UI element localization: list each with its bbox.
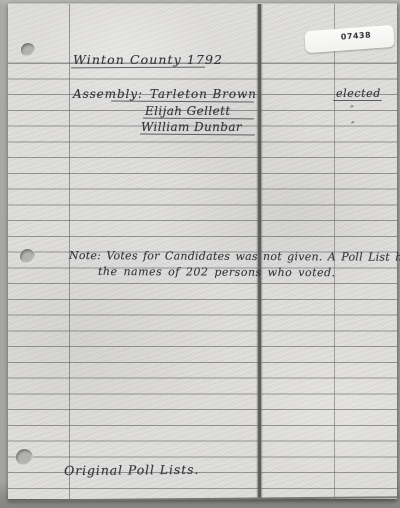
assembly-label: Assembly:: [73, 87, 143, 101]
punch-hole-middle: [20, 249, 35, 264]
ditto-mark-2: ″: [351, 121, 355, 132]
assembly-row: Assembly:Tarleton Brown: [73, 87, 257, 101]
member-name-3: William Dunbar: [141, 120, 242, 134]
footer-note: Original Poll Lists.: [64, 462, 199, 478]
member-status-1: elected: [336, 87, 381, 100]
member-name-2: Elijah Gellett: [145, 104, 231, 118]
note-line-1: Note: Votes for Candidates was not given…: [69, 249, 400, 264]
catalog-number: 07438: [341, 30, 372, 41]
scanned-document-background: { "page": { "sticker": { "number": "0743…: [0, 0, 400, 508]
ditto-mark-1: ″: [350, 105, 354, 116]
page-title: Winton County 1792: [73, 52, 223, 67]
note-line-2: the names of 202 persons who voted.: [98, 265, 336, 279]
member-name-1: Tarleton Brown: [150, 87, 257, 101]
paper-bottom-edge: [8, 496, 397, 501]
notebook-page: 07438 Winton County 1792 Assembly:Tarlet…: [8, 3, 397, 499]
punch-hole-top: [21, 43, 35, 57]
hand-underline-elected: [333, 100, 382, 101]
punch-hole-bottom: [16, 449, 33, 466]
